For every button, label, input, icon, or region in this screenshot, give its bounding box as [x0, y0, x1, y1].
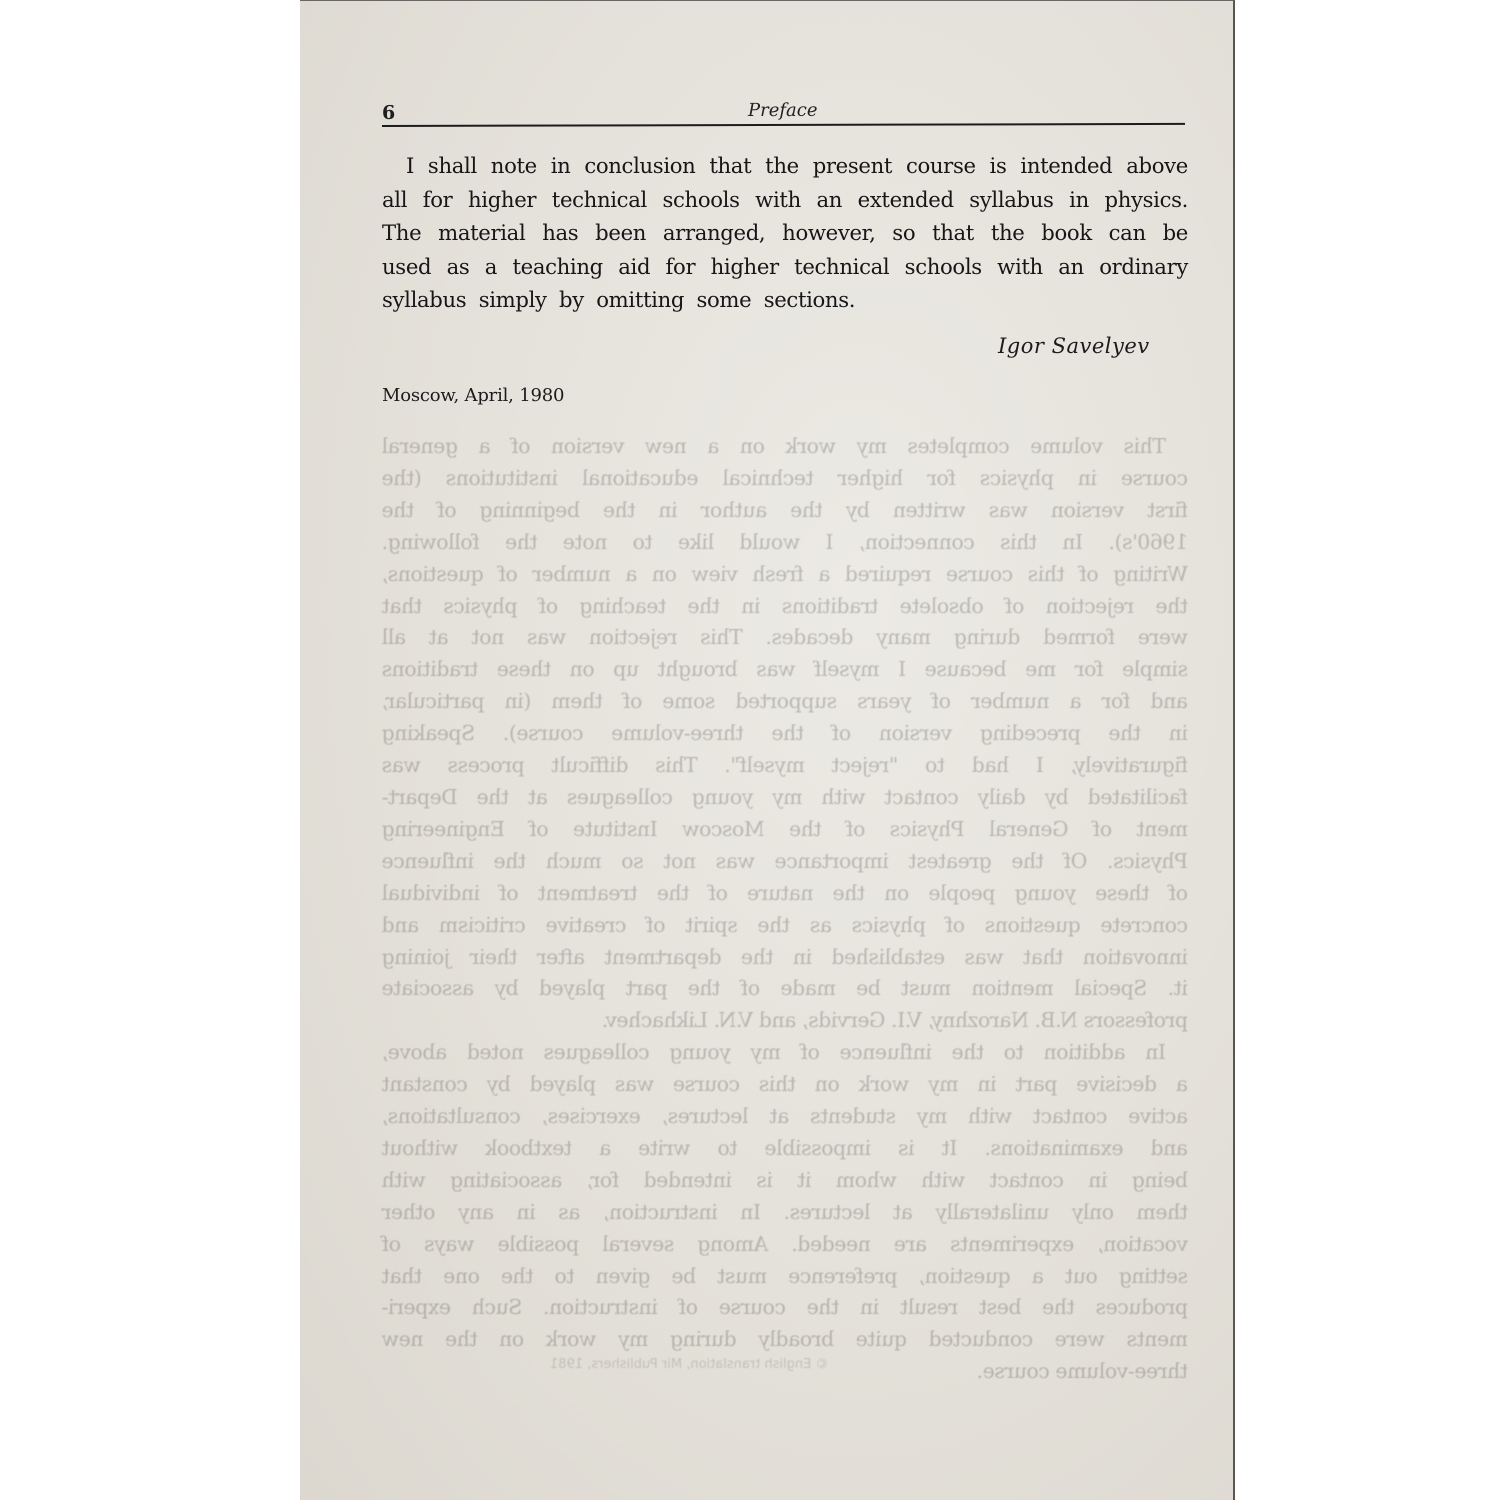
show-through-line: them only unilaterally at lectures. In i…: [382, 1197, 1188, 1229]
show-through-line: simple for me because I myself was broug…: [382, 654, 1188, 686]
show-through-line: figuratively, I had to "reject myself". …: [382, 750, 1188, 782]
page-header: 6 Preface: [382, 95, 1185, 127]
show-through-line: facilitated by daily contact with my you…: [382, 782, 1188, 814]
show-through-line: This volume completes my work on a new v…: [382, 431, 1188, 463]
show-through-stamp: © English translation, Mir Publishers, 1…: [550, 1357, 828, 1372]
show-through-line: of these young people on the nature of t…: [382, 878, 1188, 910]
show-through-line: first version was written by the author …: [382, 495, 1188, 527]
show-through-line: it. Special mention must be made of the …: [382, 973, 1188, 1005]
show-through-line: ment of General Physics of the Moscow In…: [382, 814, 1188, 846]
show-through-line: concrete questions of physics as the spi…: [382, 910, 1188, 942]
body-line: used as a teaching aid for higher techni…: [382, 250, 1188, 284]
body-line: The material has been arranged, however,…: [382, 216, 1188, 250]
show-through-line: produces the best result in the course o…: [382, 1292, 1188, 1324]
running-head: Preface: [748, 100, 818, 121]
show-through-line: and for a number of years supported some…: [382, 686, 1188, 718]
show-through-line: course in physics for higher technical e…: [382, 463, 1188, 495]
show-through-line: and examinations. It is impossible to wr…: [382, 1133, 1188, 1165]
show-through-line: the rejection of obsolete traditions in …: [382, 591, 1188, 623]
author-signature: Igor Savelyev: [998, 334, 1150, 358]
show-through-line: In addition to the influence of my young…: [382, 1037, 1188, 1069]
show-through-line: were formed during many decades. This re…: [382, 622, 1188, 654]
page-number: 6: [382, 102, 395, 124]
body-paragraph: I shall note in conclusion that the pres…: [382, 149, 1188, 317]
body-line: syllabus simply by omitting some section…: [382, 283, 1188, 317]
show-through-line: setting out a question, preference must …: [382, 1261, 1188, 1293]
body-line: all for higher technical schools with an…: [382, 183, 1188, 217]
show-through-line: Physics. Of the greatest importance was …: [382, 846, 1188, 878]
place-date: Moscow, April, 1980: [382, 385, 564, 406]
show-through-line: innovation that was established in the d…: [382, 942, 1188, 974]
book-page: 6 Preface This volume completes my work …: [300, 0, 1235, 1500]
show-through-line: ments were conducted quite broadly durin…: [382, 1324, 1188, 1356]
show-through-line: 1960's). In this connection, I would lik…: [382, 527, 1188, 559]
show-through-line: professors N.B. Narozhny, V.I. Gervids, …: [382, 1005, 1188, 1037]
show-through-line: a decisive part in my work on this cours…: [382, 1069, 1188, 1101]
show-through-line: being in contact with whom it is intende…: [382, 1165, 1188, 1197]
show-through-text: This volume completes my work on a new v…: [382, 431, 1188, 1388]
show-through-line: in the preceding version of the three-vo…: [382, 718, 1188, 750]
show-through-line: Writing of this course required a fresh …: [382, 559, 1188, 591]
show-through-line: vocation, experiments are needed. Among …: [382, 1229, 1188, 1261]
show-through-line: active contact with my students at lectu…: [382, 1101, 1188, 1133]
body-line: I shall note in conclusion that the pres…: [382, 149, 1188, 183]
